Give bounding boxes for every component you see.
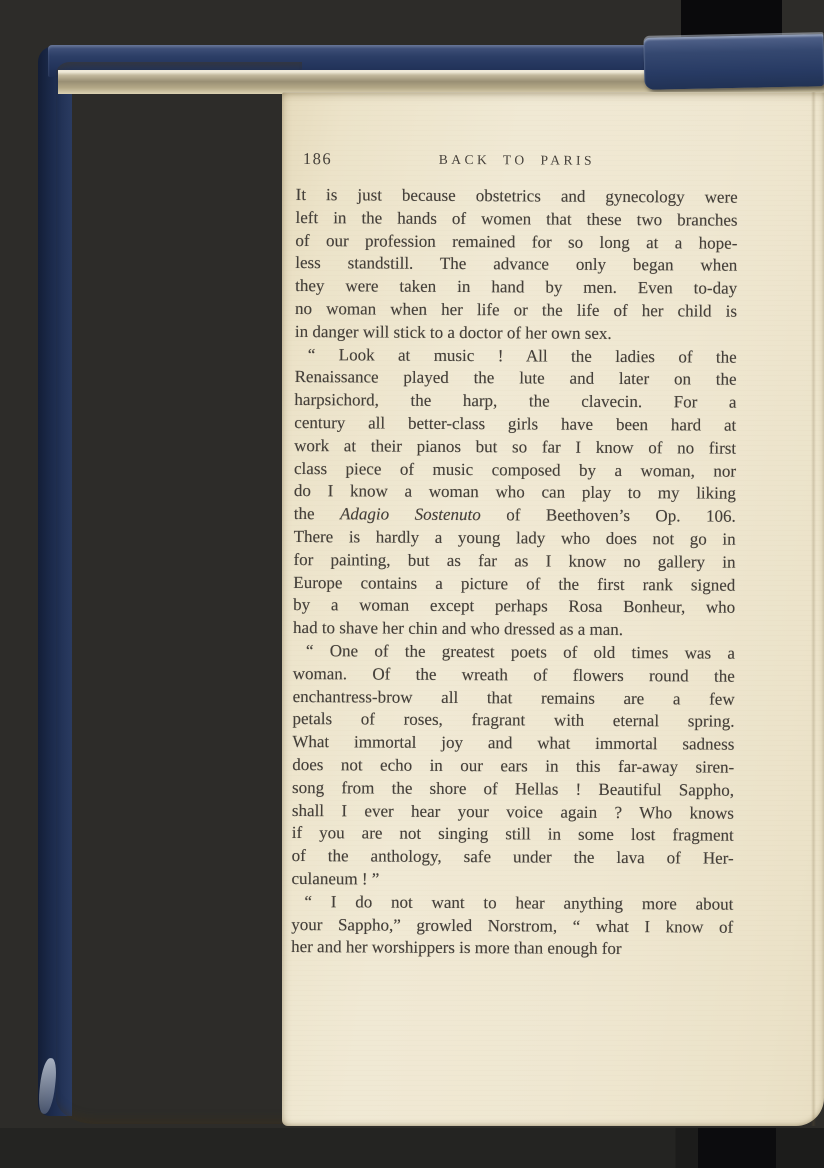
running-header: BACK TO PARIS	[296, 151, 738, 170]
text-line: for painting, but as far as I know no ga…	[293, 549, 735, 574]
scanned-book-photo: 186 BACK TO PARIS It is just because obs…	[0, 0, 824, 1168]
text-line: in danger will stick to a doctor of her …	[295, 321, 737, 346]
text-line: woman. Of the wreath of flowers round th…	[293, 663, 735, 688]
text-line: petals of roses, fragrant with eternal s…	[292, 708, 734, 733]
text-line: had to shave her chin and who dressed as…	[293, 617, 735, 642]
text-line: class piece of music composed by a woman…	[294, 458, 736, 483]
text-line: by a woman except perhaps Rosa Bonheur, …	[293, 594, 735, 619]
text-line: less standstill. The advance only began …	[295, 252, 737, 277]
text-line: your Sappho,” growled Norstrom, “ what I…	[291, 913, 733, 938]
text-line: Renaissance played the lute and later on…	[295, 366, 737, 391]
text-line: It is just because obstetrics and gyneco…	[296, 184, 738, 209]
text-line: “ One of the greatest poets of old times…	[293, 640, 735, 665]
background-dark-object	[698, 1128, 776, 1168]
text-line: does not echo in our ears in this far-aw…	[292, 754, 734, 779]
text-line: work at their pianos but so far I know o…	[294, 435, 736, 460]
text-line: culaneum ! ”	[291, 868, 733, 893]
paragraph: “ I do not want to hear anything more ab…	[291, 891, 733, 962]
page-gutter-crease	[811, 92, 816, 1126]
paragraph: “ Look at music ! All the ladies of theR…	[293, 344, 737, 643]
text-line: her and her worshippers is more than eno…	[291, 936, 733, 961]
body-text: It is just because obstetrics and gyneco…	[291, 184, 738, 962]
text-line: of the anthology, safe under the lava of…	[292, 845, 734, 870]
text-line: left in the hands of women that these tw…	[296, 207, 738, 232]
page-stack-fore-edge	[56, 62, 302, 1124]
text-line: if you are not singing still in some los…	[292, 822, 734, 847]
text-line: “ Look at music ! All the ladies of the	[295, 344, 737, 369]
paragraph: “ One of the greatest poets of old times…	[291, 640, 735, 893]
text-line: shall I ever hear your voice again ? Who…	[292, 800, 734, 825]
text-line: What immortal joy and what immortal sadn…	[292, 731, 734, 756]
text-line: do I know a woman who can play to my lik…	[294, 480, 736, 505]
page-header: 186 BACK TO PARIS	[296, 148, 738, 171]
text-line: “ I do not want to hear anything more ab…	[291, 891, 733, 916]
text-line: There is hardly a young lady who does no…	[294, 526, 736, 551]
text-line: harpsichord, the harp, the clavecin. For…	[294, 389, 736, 414]
text-line: century all better-class girls have been…	[294, 412, 736, 437]
page-content: 186 BACK TO PARIS It is just because obs…	[291, 148, 738, 962]
text-line: song from the shore of Hellas ! Beautifu…	[292, 777, 734, 802]
text-line: Europe contains a picture of the first r…	[293, 572, 735, 597]
text-line: the Adagio Sostenuto of Beethoven’s Op. …	[294, 503, 736, 528]
text-line: they were taken in hand by men. Even to-…	[295, 275, 737, 300]
paragraph: It is just because obstetrics and gyneco…	[295, 184, 738, 346]
book-cover-frayed-corner	[643, 34, 824, 90]
text-line: enchantress-brow all that remains are a …	[293, 686, 735, 711]
text-line: no woman when her life or the life of he…	[295, 298, 737, 323]
text-line: of our profession remained for so long a…	[295, 230, 737, 255]
